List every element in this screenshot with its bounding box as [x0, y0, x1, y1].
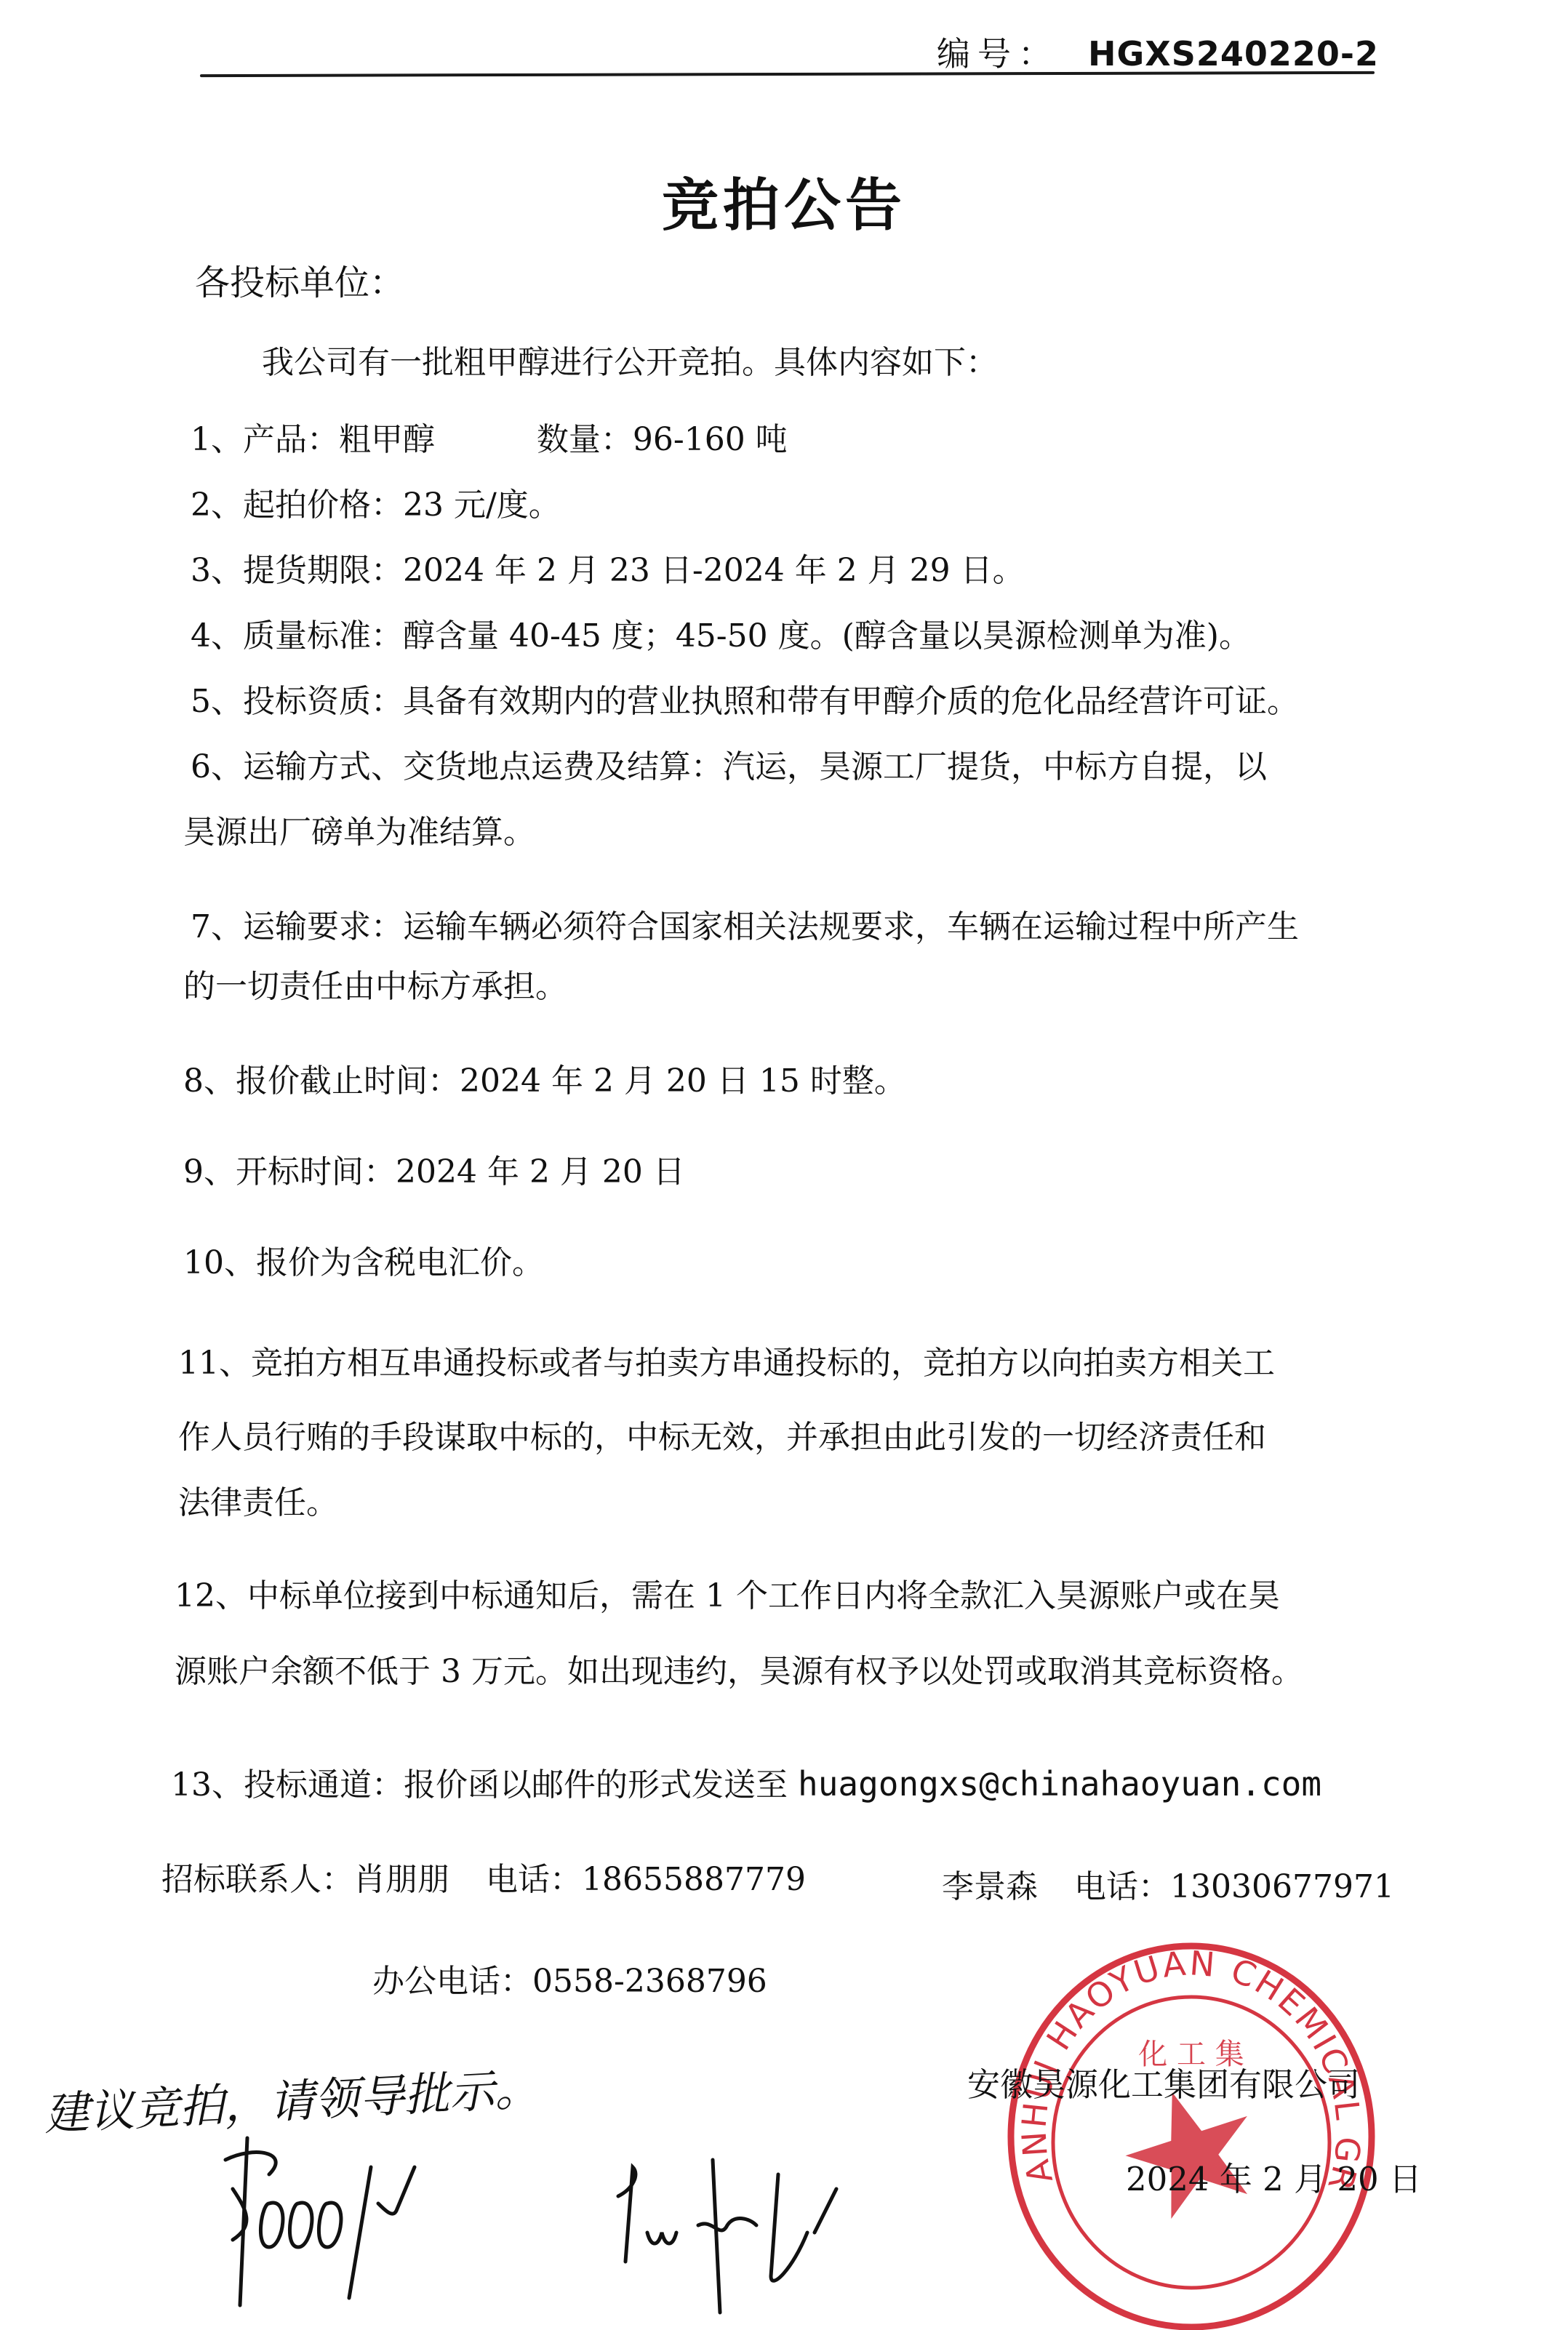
list-item: 7、运输要求：运输车辆必须符合国家相关法规要求，车辆在运输过程中所产生	[191, 900, 1299, 947]
list-item: 8、报价截止时间：2024 年 2 月 20 日 15 时整。	[183, 1054, 906, 1101]
signature-2	[596, 2145, 902, 2330]
list-item: 3、提货期限：2024 年 2 月 23 日-2024 年 2 月 29 日。	[191, 544, 1025, 590]
contact-person-1: 招标联系人：肖朋朋电话：18655887779	[161, 1853, 806, 1899]
office-phone: 办公电话：0558-2368796	[372, 1955, 767, 2001]
list-item: 2、起拍价格：23 元/度。	[191, 479, 561, 525]
salutation: 各投标单位：	[195, 255, 404, 305]
phone-number[interactable]: 13030677971	[1170, 1868, 1394, 1905]
list-item: 11、竞拍方相互串通投标或者与拍卖方串通投标的，竞拍方以向拍卖方相关工	[178, 1337, 1275, 1383]
list-item: 13、投标通道：报价函以邮件的形式发送至 huagongxs@chinahaoy…	[171, 1758, 1321, 1805]
list-item: 10、报价为含税电汇价。	[183, 1236, 544, 1283]
phone-number[interactable]: 18655887779	[582, 1861, 806, 1898]
list-item-continuation: 法律责任。	[178, 1476, 338, 1523]
contact-person-2: 李景森电话：13030677971	[942, 1860, 1394, 1907]
issue-date: 2024 年 2 月 20 日	[1126, 2153, 1422, 2200]
list-item: 6、运输方式、交货地点运费及结算：汽运，昊源工厂提货，中标方自提，以	[191, 740, 1267, 787]
page-title: 竞拍公告	[0, 160, 1568, 241]
list-item: 4、质量标准：醇含量 40-45 度；45-50 度。(醇含量以昊源检测单为准)…	[191, 609, 1251, 656]
submission-email-link[interactable]: huagongxs@chinahaoyuan.com	[798, 1764, 1321, 1803]
list-item: 12、中标单位接到中标通知后，需在 1 个工作日内将全款汇入昊源账户或在昊	[175, 1569, 1280, 1616]
intro-paragraph: 我公司有一批粗甲醇进行公开竞拍。具体内容如下：	[262, 336, 998, 383]
list-item-continuation: 源账户余额不低于 3 万元。如出现违约，昊源有权予以处罚或取消其竞标资格。	[175, 1645, 1303, 1692]
document-number: 编号：HGXS240220-2	[937, 28, 1379, 76]
signature-1	[204, 2123, 480, 2327]
document-number-value: HGXS240220-2	[1088, 34, 1379, 73]
list-item: 9、开标时间：2024 年 2 月 20 日	[183, 1145, 685, 1192]
company-name: 安徽昊源化工集团有限公司	[967, 2058, 1360, 2105]
document-number-label: 编号：	[937, 34, 1059, 73]
list-item: 5、投标资质：具备有效期内的营业执照和带有甲醇介质的危化品经营许可证。	[191, 675, 1299, 721]
list-item-continuation: 的一切责任由中标方承担。	[183, 960, 567, 1006]
list-item-continuation: 作人员行贿的手段谋取中标的，中标无效，并承担由此引发的一切经济责任和	[178, 1411, 1266, 1457]
header-divider	[200, 71, 1375, 77]
list-item-continuation: 昊源出厂磅单为准结算。	[183, 806, 535, 852]
company-seal-stamp: ANHUI HAOYUAN CHEMICAL GROUP CO., LTD. 化…	[1002, 1940, 1380, 2330]
list-item: 1、产品：粗甲醇 数量：96-160 吨	[191, 413, 788, 460]
phone-number[interactable]: 0558-2368796	[532, 1963, 767, 2000]
